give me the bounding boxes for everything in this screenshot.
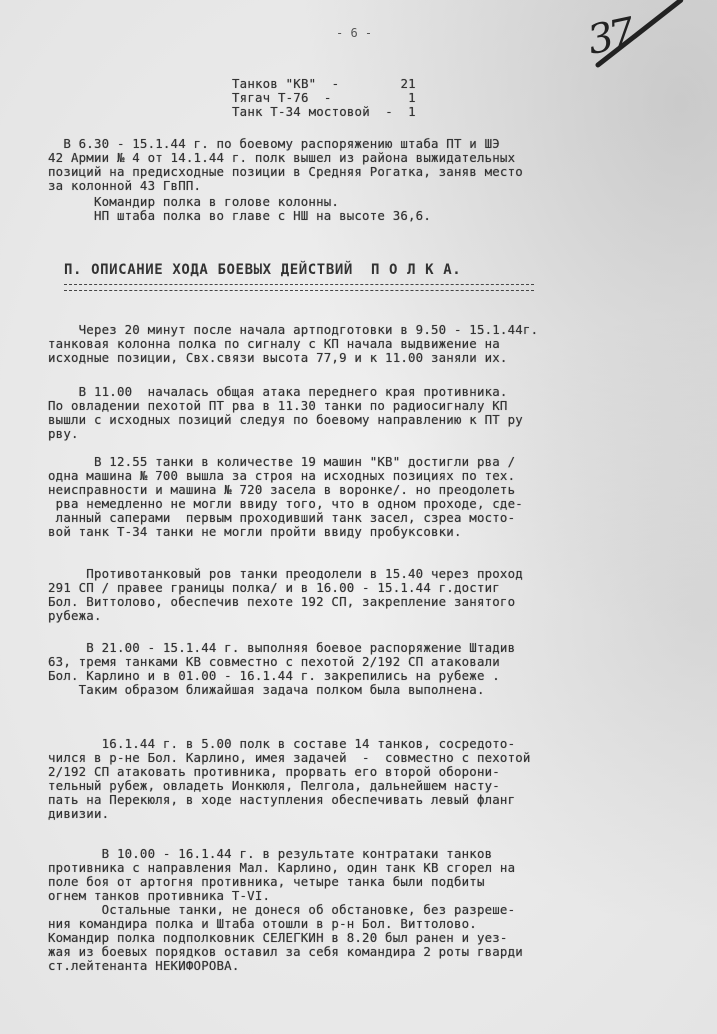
text-line: неисправности и машина № 720 засела в во… [48,482,515,497]
text-line: позиций на предисходные позиции в Средня… [48,164,523,179]
page-number: - 6 - [336,26,372,40]
text-line: чился в р-не Бол. Карлино, имея задачей … [48,750,531,765]
text-line: По овладении пехотой ПТ рва в 11.30 танк… [48,398,508,413]
text-line: тельный рубеж, овладеть Ионкюля, Пелгола… [48,778,500,793]
text-line: В 11.00 началась общая атака переднего к… [48,384,508,399]
text-line: вышли с исходных позиций следуя по боево… [48,412,523,427]
text-line: НП штаба полка во главе с НШ на высоте 3… [48,208,431,223]
inventory-line: Танк Т-34 мостовой - 1 [232,104,416,119]
text-line: вой танк Т-34 танки не могли пройти ввид… [48,524,462,539]
text-line: пать на Перекюля, в ходе наступления обе… [48,792,515,807]
text-line: 291 СП / правее границы полка/ и в 16.00… [48,580,500,595]
text-line: 16.1.44 г. в 5.00 полк в составе 14 танк… [48,736,515,751]
text-line: В 6.30 - 15.1.44 г. по боевому распоряже… [48,136,500,151]
text-line: за колонной 43 ГвПП. [48,178,201,193]
text-line: 63, тремя танками КВ совместно с пехотой… [48,654,500,669]
inventory-line: Тягач Т-76 - 1 [232,90,416,105]
text-line: рубежа. [48,608,102,623]
text-line: Бол. Карлино и в 01.00 - 16.1.44 г. закр… [48,668,500,683]
text-line: ст.лейтенанта НЕКИФОРОВА. [48,958,240,973]
text-line: жая из боевых порядков оставил за себя к… [48,944,523,959]
text-line: В 21.00 - 15.1.44 г. выполняя боевое рас… [48,640,515,655]
text-line: 42 Армии № 4 от 14.1.44 г. полк вышел из… [48,150,515,165]
text-line: одна машина № 700 вышла за строя на исхо… [48,468,515,483]
text-line: рву. [48,426,79,441]
text-line: ния командира полка и Штаба отошли в р-н… [48,916,477,931]
text-line: В 12.55 танки в количестве 19 машин "КВ"… [48,454,515,469]
section-heading: П. ОПИСАНИЕ ХОДА БОЕВЫХ ДЕЙСТВИЙ П О Л К… [64,262,461,278]
text-line: Командир полка подполковник СЕЛЕГКИН в 8… [48,930,508,945]
text-line: исходные позиции, Свх.связи высота 77,9 … [48,350,508,365]
text-line: Противотанковый ров танки преодолели в 1… [48,566,523,581]
text-line: В 10.00 - 16.1.44 г. в результате контра… [48,846,492,861]
text-line: 2/192 СП атаковать противника, прорвать … [48,764,500,779]
text-line: Остальные танки, не донеся об обстановке… [48,902,515,917]
text-line: поле боя от артогня противника, четыре т… [48,874,485,889]
heading-double-underline [64,284,534,291]
text-line: дивизии. [48,806,109,821]
text-line: рва немедленно не могли ввиду того, что … [48,496,523,511]
text-line: Через 20 минут после начала артподготовк… [48,322,538,337]
inventory-line: Танков "КВ" - 21 [232,76,416,91]
text-line: танковая колонна полка по сигналу с КП н… [48,336,500,351]
text-line: ланный саперами первым проходивший танк … [48,510,515,525]
text-line: Бол. Виттолово, обеспечив пехоте 192 СП,… [48,594,515,609]
text-line: противника с направления Мал. Карлино, о… [48,860,515,875]
text-line: Командир полка в голове колонны. [48,194,339,209]
document-page: - 6 - 37 Танков "КВ" - 21 Тягач Т-76 - 1… [0,0,717,1034]
text-line: огнем танков противника Т-VI. [48,888,270,903]
text-line: Таким образом ближайшая задача полком бы… [48,682,485,697]
